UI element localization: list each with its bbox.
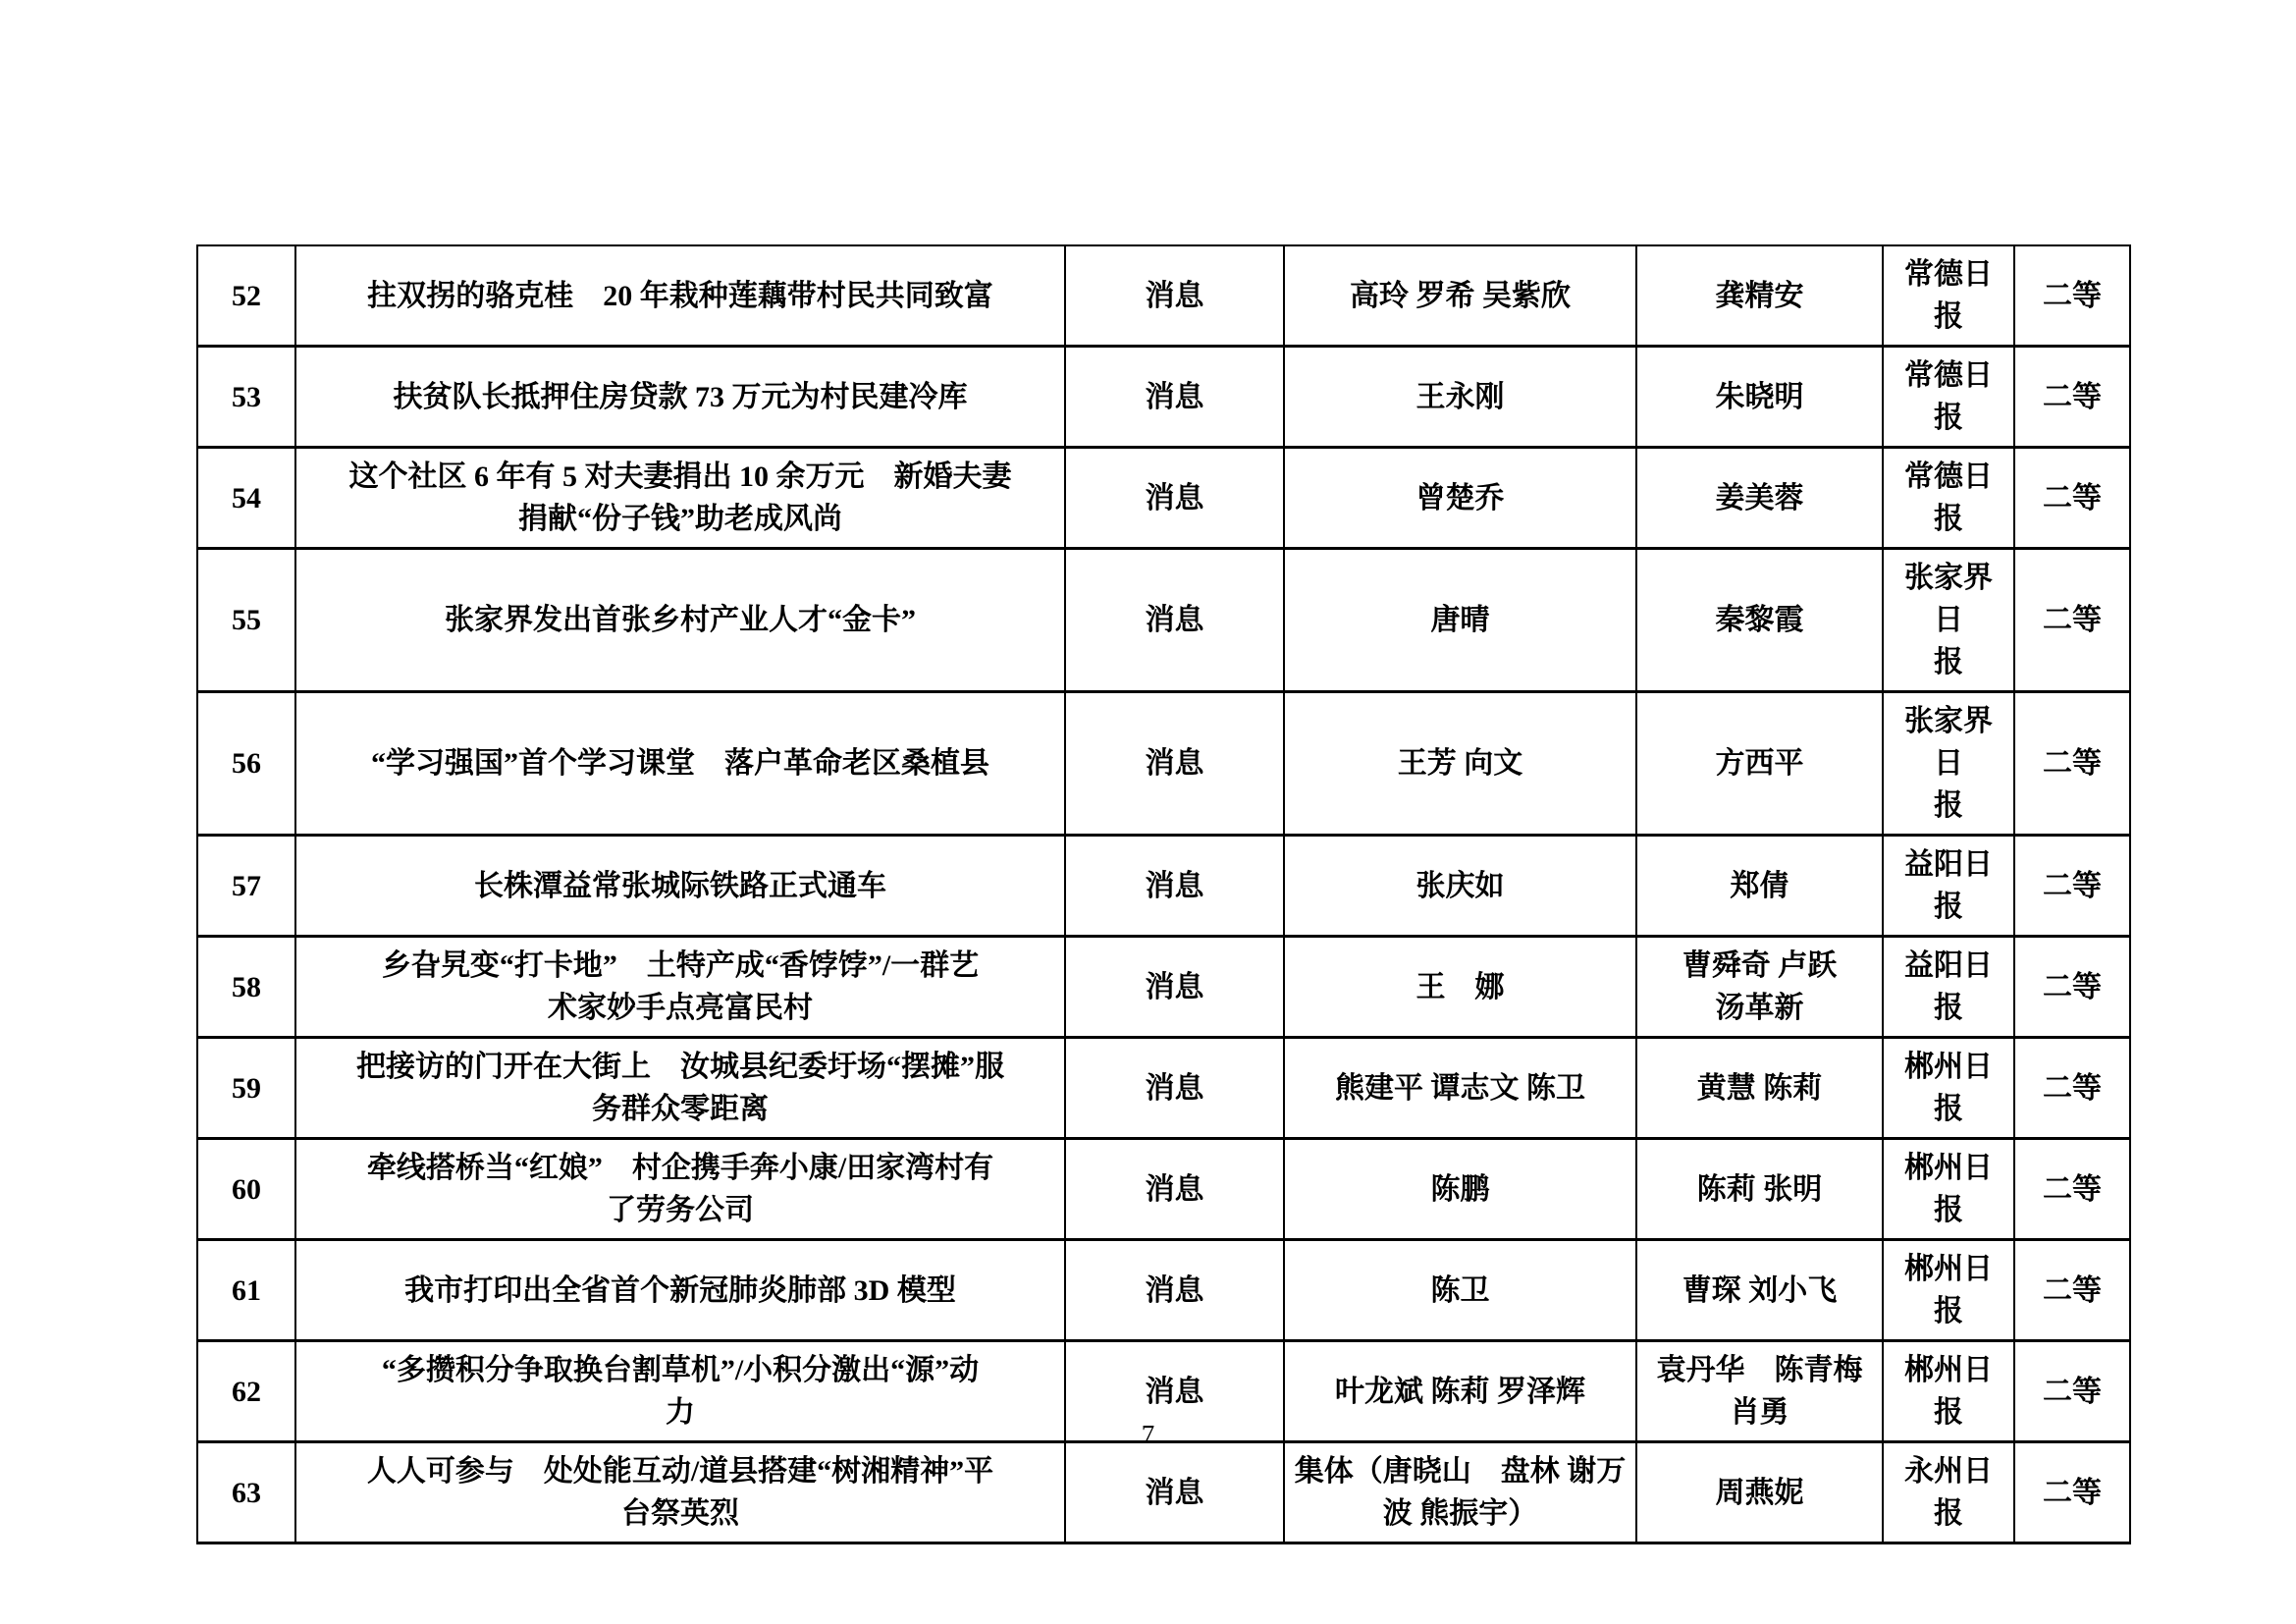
row-number-cell: 57 — [197, 836, 295, 937]
title-cell: 牵线搭桥当“红娘” 村企携手奔小康/田家湾村有 了劳务公司 — [295, 1139, 1065, 1240]
genre-cell: 消息 — [1065, 1038, 1284, 1139]
title-cell: 拄双拐的骆克桂 20 年栽种莲藕带村民共同致富 — [295, 245, 1065, 347]
table-row: 55 张家界发出首张乡村产业人才“金卡” 消息 唐晴 秦黎霞 张家界日 报 二等 — [197, 549, 2130, 692]
genre-cell: 消息 — [1065, 1442, 1284, 1543]
genre-cell: 消息 — [1065, 937, 1284, 1038]
award-cell: 二等 — [2014, 448, 2130, 549]
authors-cell: 陈卫 — [1284, 1240, 1636, 1341]
award-cell: 二等 — [2014, 1038, 2130, 1139]
award-cell: 二等 — [2014, 937, 2130, 1038]
newspaper-cell: 益阳日报 — [1883, 937, 2014, 1038]
genre-cell: 消息 — [1065, 448, 1284, 549]
newspaper-cell: 永州日报 — [1883, 1442, 2014, 1543]
newspaper-cell: 张家界日 报 — [1883, 692, 2014, 836]
editors-cell: 郑倩 — [1636, 836, 1883, 937]
page-number: 7 — [0, 1420, 2296, 1450]
table-row: 63 人人可参与 处处能互动/道县搭建“树湘精神”平 台祭英烈 消息 集体（唐晓… — [197, 1442, 2130, 1543]
editors-cell: 龚精安 — [1636, 245, 1883, 347]
row-number-cell: 59 — [197, 1038, 295, 1139]
document-page: 52 拄双拐的骆克桂 20 年栽种莲藕带村民共同致富 消息 高玲 罗希 吴紫欣 … — [0, 0, 2296, 1624]
authors-cell: 王芳 向文 — [1284, 692, 1636, 836]
authors-cell: 王永刚 — [1284, 347, 1636, 448]
newspaper-cell: 常德日报 — [1883, 245, 2014, 347]
row-number-cell: 54 — [197, 448, 295, 549]
authors-cell: 王 娜 — [1284, 937, 1636, 1038]
title-cell: 乡旮旯变“打卡地” 土特产成“香饽饽”/一群艺 术家妙手点亮富民村 — [295, 937, 1065, 1038]
award-cell: 二等 — [2014, 245, 2130, 347]
table-row: 53 扶贫队长抵押住房贷款 73 万元为村民建冷库 消息 王永刚 朱晓明 常德日… — [197, 347, 2130, 448]
authors-cell: 高玲 罗希 吴紫欣 — [1284, 245, 1636, 347]
title-cell: 这个社区 6 年有 5 对夫妻捐出 10 余万元 新婚夫妻 捐献“份子钱”助老成… — [295, 448, 1065, 549]
newspaper-cell: 常德日报 — [1883, 347, 2014, 448]
genre-cell: 消息 — [1065, 836, 1284, 937]
title-cell: 张家界发出首张乡村产业人才“金卡” — [295, 549, 1065, 692]
authors-cell: 陈鹏 — [1284, 1139, 1636, 1240]
newspaper-cell: 常德日报 — [1883, 448, 2014, 549]
table-row: 58 乡旮旯变“打卡地” 土特产成“香饽饽”/一群艺 术家妙手点亮富民村 消息 … — [197, 937, 2130, 1038]
row-number-cell: 52 — [197, 245, 295, 347]
editors-cell: 姜美蓉 — [1636, 448, 1883, 549]
award-cell: 二等 — [2014, 1139, 2130, 1240]
table-row: 56 “学习强国”首个学习课堂 落户革命老区桑植县 消息 王芳 向文 方西平 张… — [197, 692, 2130, 836]
genre-cell: 消息 — [1065, 245, 1284, 347]
newspaper-cell: 益阳日报 — [1883, 836, 2014, 937]
title-cell: 把接访的门开在大街上 汝城县纪委圩场“摆摊”服 务群众零距离 — [295, 1038, 1065, 1139]
row-number-cell: 55 — [197, 549, 295, 692]
newspaper-cell: 郴州日报 — [1883, 1240, 2014, 1341]
editors-cell: 曹舜奇 卢跃 汤革新 — [1636, 937, 1883, 1038]
authors-cell: 曾楚乔 — [1284, 448, 1636, 549]
table-row: 60 牵线搭桥当“红娘” 村企携手奔小康/田家湾村有 了劳务公司 消息 陈鹏 陈… — [197, 1139, 2130, 1240]
authors-cell: 集体（唐晓山 盘林 谢万 波 熊振宇） — [1284, 1442, 1636, 1543]
row-number-cell: 58 — [197, 937, 295, 1038]
genre-cell: 消息 — [1065, 1139, 1284, 1240]
awards-table-body: 52 拄双拐的骆克桂 20 年栽种莲藕带村民共同致富 消息 高玲 罗希 吴紫欣 … — [197, 245, 2130, 1543]
table-row: 59 把接访的门开在大街上 汝城县纪委圩场“摆摊”服 务群众零距离 消息 熊建平… — [197, 1038, 2130, 1139]
newspaper-cell: 郴州日报 — [1883, 1139, 2014, 1240]
editors-cell: 周燕妮 — [1636, 1442, 1883, 1543]
table-row: 61 我市打印出全省首个新冠肺炎肺部 3D 模型 消息 陈卫 曹琛 刘小飞 郴州… — [197, 1240, 2130, 1341]
genre-cell: 消息 — [1065, 347, 1284, 448]
authors-cell: 熊建平 谭志文 陈卫 — [1284, 1038, 1636, 1139]
editors-cell: 曹琛 刘小飞 — [1636, 1240, 1883, 1341]
row-number-cell: 56 — [197, 692, 295, 836]
editors-cell: 朱晓明 — [1636, 347, 1883, 448]
row-number-cell: 60 — [197, 1139, 295, 1240]
title-cell: 长株潭益常张城际铁路正式通车 — [295, 836, 1065, 937]
editors-cell: 方西平 — [1636, 692, 1883, 836]
table-row: 54 这个社区 6 年有 5 对夫妻捐出 10 余万元 新婚夫妻 捐献“份子钱”… — [197, 448, 2130, 549]
authors-cell: 张庆如 — [1284, 836, 1636, 937]
genre-cell: 消息 — [1065, 549, 1284, 692]
editors-cell: 陈莉 张明 — [1636, 1139, 1883, 1240]
award-cell: 二等 — [2014, 1442, 2130, 1543]
award-cell: 二等 — [2014, 692, 2130, 836]
genre-cell: 消息 — [1065, 692, 1284, 836]
editors-cell: 黄慧 陈莉 — [1636, 1038, 1883, 1139]
award-cell: 二等 — [2014, 347, 2130, 448]
row-number-cell: 63 — [197, 1442, 295, 1543]
title-cell: 人人可参与 处处能互动/道县搭建“树湘精神”平 台祭英烈 — [295, 1442, 1065, 1543]
table-row: 52 拄双拐的骆克桂 20 年栽种莲藕带村民共同致富 消息 高玲 罗希 吴紫欣 … — [197, 245, 2130, 347]
editors-cell: 秦黎霞 — [1636, 549, 1883, 692]
table-row: 57 长株潭益常张城际铁路正式通车 消息 张庆如 郑倩 益阳日报 二等 — [197, 836, 2130, 937]
row-number-cell: 61 — [197, 1240, 295, 1341]
awards-table: 52 拄双拐的骆克桂 20 年栽种莲藕带村民共同致富 消息 高玲 罗希 吴紫欣 … — [196, 244, 2131, 1544]
title-cell: 我市打印出全省首个新冠肺炎肺部 3D 模型 — [295, 1240, 1065, 1341]
title-cell: “学习强国”首个学习课堂 落户革命老区桑植县 — [295, 692, 1065, 836]
award-cell: 二等 — [2014, 1240, 2130, 1341]
award-cell: 二等 — [2014, 549, 2130, 692]
title-cell: 扶贫队长抵押住房贷款 73 万元为村民建冷库 — [295, 347, 1065, 448]
row-number-cell: 53 — [197, 347, 295, 448]
authors-cell: 唐晴 — [1284, 549, 1636, 692]
newspaper-cell: 郴州日报 — [1883, 1038, 2014, 1139]
newspaper-cell: 张家界日 报 — [1883, 549, 2014, 692]
genre-cell: 消息 — [1065, 1240, 1284, 1341]
award-cell: 二等 — [2014, 836, 2130, 937]
